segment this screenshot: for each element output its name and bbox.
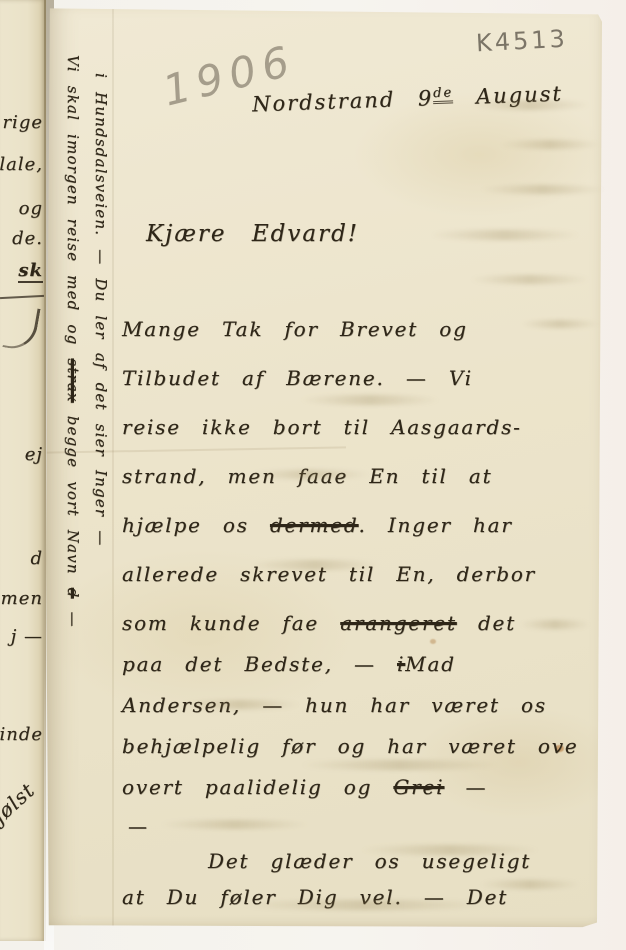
text-fragment: inde	[0, 724, 43, 745]
dateline-place: Nordstrand	[252, 87, 396, 116]
text-fragment: rige	[2, 112, 43, 133]
handwriting-text: . Inger har	[359, 513, 513, 537]
dateline-day-suffix: de	[433, 85, 454, 104]
handwriting-text: i Hundsdalsveien. — Du ler af det sier I…	[92, 73, 110, 546]
salutation: Kjære Edvard!	[146, 221, 359, 247]
handwriting-text: reise ikke bort til Aasgaards-	[122, 415, 522, 439]
handwriting-text: —	[64, 599, 82, 628]
letter-line: hjælpe os dermed. Inger har	[122, 513, 598, 562]
text-fragment: d	[30, 548, 43, 569]
text-fragment: og	[19, 198, 43, 219]
margin-note-vertical: i Hundsdalsveien. — Du ler af det sier I…	[92, 73, 110, 546]
text-fragment: kalale,	[0, 154, 43, 175]
struck-word: Grei	[393, 775, 444, 799]
verso-showthrough-mark	[520, 320, 600, 328]
verso-showthrough-mark	[160, 820, 310, 829]
handwriting-text: —	[444, 775, 487, 799]
text-fragment: ej	[25, 444, 43, 465]
handwriting-text: behjælpelig før og har været ove	[122, 734, 578, 758]
paper-crease	[112, 7, 114, 928]
verso-showthrough-mark	[480, 880, 580, 889]
verso-showthrough-mark	[430, 230, 580, 240]
struck-word: d	[64, 588, 82, 599]
dateline: Nordstrand 9de August	[252, 82, 564, 117]
struck-word: i	[397, 652, 405, 676]
handwriting-text: Mad	[405, 652, 456, 676]
verso-showthrough-mark	[470, 100, 590, 110]
letter-scan: rigekalale,ogde.skejdmenj —indeBjølst 19…	[0, 0, 626, 950]
struck-word: dermed	[270, 513, 359, 537]
letter-line: Tilbudet af Bærene. — Vi	[122, 366, 598, 415]
handwriting-text: Tilbudet af Bærene. — Vi	[122, 366, 473, 390]
letter-line: som kunde fae arangeret det	[122, 611, 598, 652]
underline-stroke	[0, 295, 44, 299]
pen-flourish	[2, 304, 40, 353]
struck-word: strax	[64, 358, 82, 402]
verso-showthrough-mark	[250, 560, 380, 570]
text-fragment: men	[1, 588, 43, 609]
text-fragment: de.	[12, 228, 43, 249]
handwriting-text: Mange Tak for Brevet og	[122, 317, 468, 341]
letter-line: reise ikke bort til Aasgaards-	[122, 415, 598, 464]
verso-showthrough-mark	[300, 395, 440, 405]
dateline-day: 9	[418, 86, 434, 111]
adjacent-page-edge: rigekalale,ogde.skejdmenj —indeBjølst	[0, 0, 46, 941]
struck-word: arangeret	[340, 611, 457, 635]
text-fragment: j —	[11, 626, 43, 647]
handwriting-text: hjælpe os	[122, 513, 270, 537]
letter-line: paa det Bedste, — iMad	[122, 652, 598, 693]
signature-fragment: Bjølst	[0, 778, 40, 838]
handwriting-text: paa det Bedste, —	[122, 652, 397, 676]
handwriting-text: overt paalidelig og	[122, 775, 393, 799]
handwriting-text: det	[457, 611, 516, 635]
verso-showthrough-mark	[520, 620, 590, 629]
letter-line: allerede skrevet til En, derbor	[122, 562, 598, 611]
verso-showthrough-mark	[480, 185, 605, 194]
text-fragment: sk	[18, 260, 43, 283]
verso-showthrough-mark	[240, 900, 490, 910]
margin-note-vertical: Vi skal imorgen reise med og strax begge…	[64, 55, 82, 628]
verso-showthrough-mark	[470, 275, 590, 284]
verso-showthrough-mark	[180, 700, 300, 709]
handwriting-text: —	[128, 816, 149, 838]
verso-showthrough-mark	[360, 845, 540, 855]
archive-code-annotation: K4513	[475, 25, 568, 58]
handwriting-text: Vi skal imorgen reise med og	[64, 55, 82, 358]
verso-showthrough-mark	[250, 470, 370, 479]
letter-line: overt paalidelig og Grei —	[122, 775, 598, 816]
verso-showthrough-mark	[500, 140, 600, 149]
handwriting-text: begge vort Navn	[64, 403, 82, 588]
verso-showthrough-mark	[300, 760, 500, 770]
letter-line: Andersen, — hun har været os	[122, 693, 598, 734]
handwriting-text: som kunde fae	[122, 611, 340, 635]
